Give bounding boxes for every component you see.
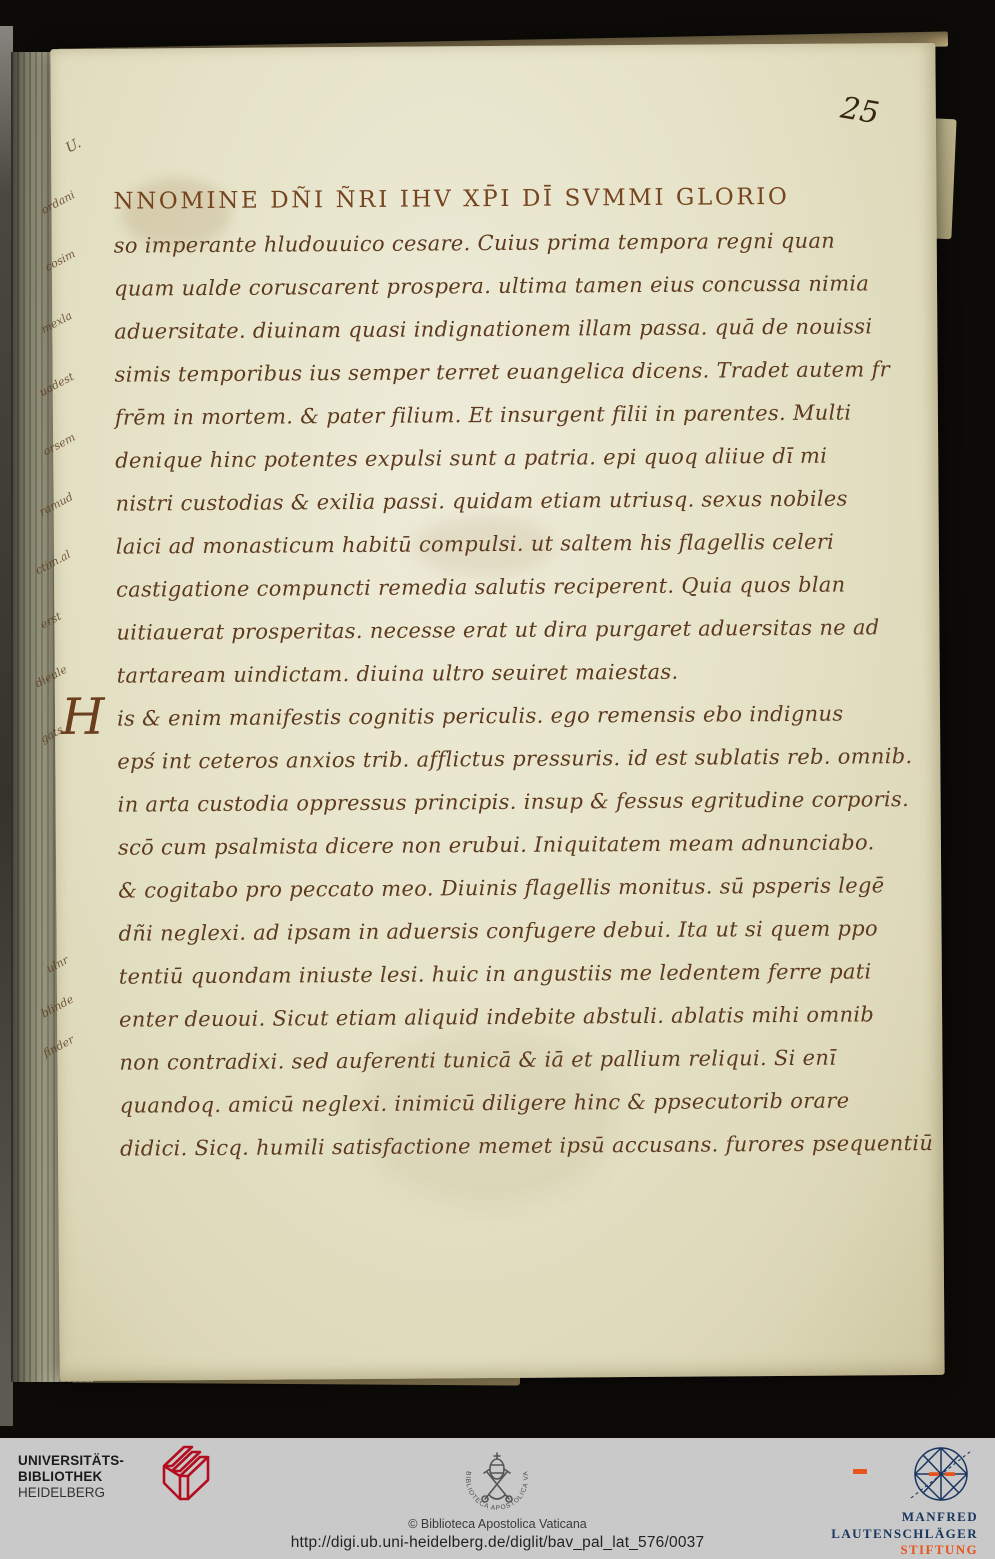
- manuscript-line: in arta custodia oppressus principis. in…: [117, 778, 930, 827]
- manuscript-line: so imperante hludouuico cesare. Cuius pr…: [114, 219, 927, 268]
- stiftung-line-2: LAUTENSCHLÄGER: [831, 1526, 978, 1543]
- manuscript-line: didici. Sicq. humili satisfactione memet…: [120, 1122, 933, 1171]
- manuscript-line: & cogitabo pro peccato meo. Diuinis flag…: [118, 864, 931, 913]
- photo-background: U. ordani cosim mexla uadest orsem ramud…: [0, 0, 995, 1559]
- footer-bar: UNIVERSITÄTS- BIBLIOTHEK HEIDELBERG BIBL…: [0, 1438, 995, 1559]
- manuscript-page: 25 NNOMINE DÑI ÑRI IHV XP̄I DĪ SVMMI GLO…: [50, 43, 944, 1381]
- manuscript-line: quam ualde coruscarent prospera. ultima …: [114, 262, 927, 311]
- manuscript-line: tentiū quondam iniuste lesi. huic in ang…: [119, 950, 932, 999]
- initial-capital: H: [61, 692, 105, 742]
- manuscript-line: tartaream uindictam. diuina ultro seuire…: [117, 649, 930, 698]
- manuscript-line: denique hinc potentes expulsi sunt a pat…: [115, 434, 928, 483]
- ub-heidelberg-wordmark: UNIVERSITÄTS- BIBLIOTHEK HEIDELBERG: [18, 1453, 124, 1501]
- manuscript-line: enter deuoui. Sicut etiam aliquid indebi…: [119, 993, 932, 1042]
- manuscript-text-block: so imperante hludouuico cesare. Cuius pr…: [114, 219, 934, 1171]
- manuscript-line: is & enim manifestis cognitis periculis.…: [117, 702, 844, 731]
- stiftung-globe-icon: [903, 1444, 977, 1506]
- manuscript-title-line: NNOMINE DÑI ÑRI IHV XP̄I DĪ SVMMI GLORIO: [113, 184, 789, 215]
- ub-heidelberg-book-icon: [146, 1442, 214, 1504]
- ub-line-3: HEIDELBERG: [18, 1485, 124, 1501]
- manuscript-line: laici ad monasticum habitū compulsi. ut …: [116, 520, 929, 569]
- manuscript-line: dñi neglexi. ad ipsam in aduersis confug…: [118, 907, 931, 956]
- manuscript-line: nistri custodias & exilia passi. quidam …: [115, 477, 928, 526]
- manuscript-line: uitiauerat prosperitas. necesse erat ut …: [116, 606, 929, 655]
- stiftung-wordmark: MANFRED LAUTENSCHLÄGER STIFTUNG: [831, 1509, 978, 1559]
- manuscript-line: aduersitate. diuinam quasi indignationem…: [114, 305, 927, 354]
- manuscript-line: simis temporibus ius semper terret euang…: [114, 348, 927, 397]
- manuscript-line-with-initial: His & enim manifestis cognitis periculis…: [117, 692, 930, 741]
- manuscript-line: scō cum psalmista dicere non erubui. Ini…: [118, 821, 931, 870]
- stiftung-orange-dash: [853, 1469, 867, 1474]
- manuscript-line: non contradixi. sed auferenti tunicā & i…: [119, 1036, 932, 1085]
- manuscript-line: quandoq. amicū neglexi. inimicū diligere…: [120, 1079, 933, 1128]
- stiftung-line-3: STIFTUNG: [831, 1542, 978, 1559]
- vatican-library-seal-icon: BIBLIOTECA APOSTOLICA VATICANA: [442, 1443, 552, 1521]
- ub-line-2: BIBLIOTHEK: [18, 1469, 124, 1485]
- manuscript-line: frēm in mortem. & pater filium. Et insur…: [115, 391, 928, 440]
- stiftung-line-1: MANFRED: [831, 1509, 978, 1526]
- ub-line-1: UNIVERSITÄTS-: [18, 1453, 124, 1469]
- folio-number: 25: [838, 91, 881, 132]
- manuscript-line: epś int ceteros anxios trib. afflictus p…: [117, 735, 930, 784]
- manuscript-line: castigatione compuncti remedia salutis r…: [116, 563, 929, 612]
